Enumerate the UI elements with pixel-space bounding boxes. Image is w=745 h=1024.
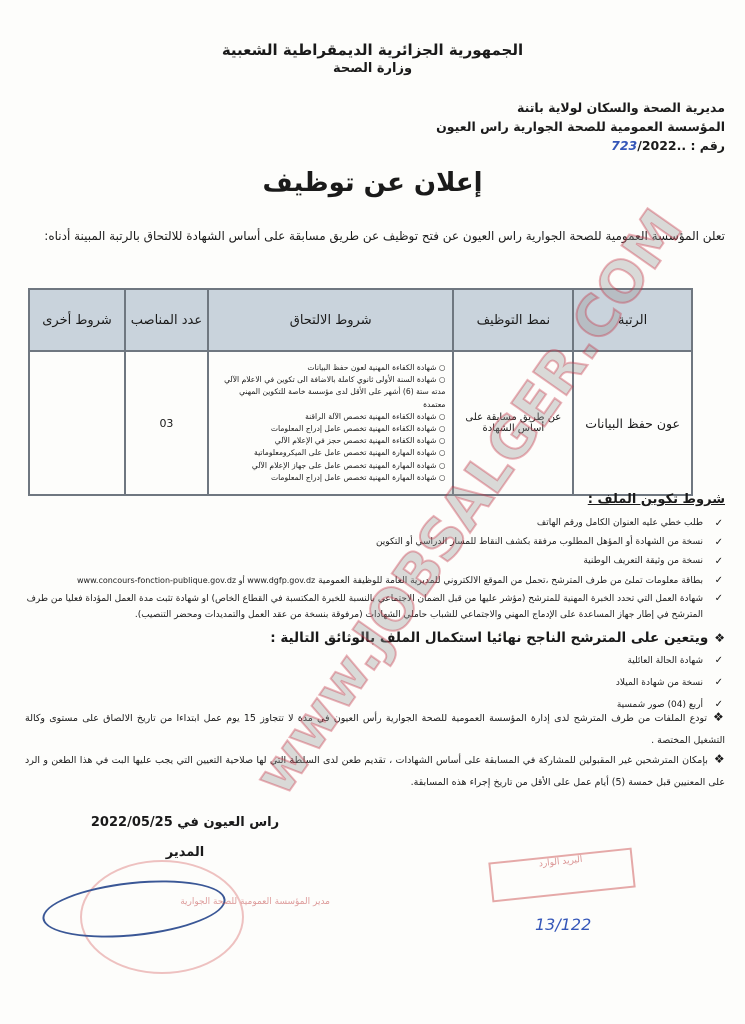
republic-title: الجمهورية الجزائرية الديمقراطية الشعبية <box>0 40 745 60</box>
ministry-title: وزارة الصحة <box>0 60 745 78</box>
col-positions: عدد المناصب <box>125 289 208 351</box>
diamond-bullet-icon: ❖ <box>714 631 725 645</box>
table-row: عون حفظ البيانات عن طريق مسابقة على أساس… <box>29 351 692 495</box>
cell-other <box>29 351 125 495</box>
list-item: طلب خطي عليه العنوان الكامل ورقم الهاتف <box>25 514 725 533</box>
condition-item: شهادة الكفاءة المهنية لعون حفظ البيانات <box>216 362 446 374</box>
conditions-list: شهادة الكفاءة المهنية لعون حفظ البيانات … <box>210 360 452 486</box>
signature-block: راس العيون في 2022/05/25 المدير <box>70 808 300 868</box>
condition-item: شهادة الكفاءة المهنية تخصص حجز في الإعلا… <box>216 435 446 447</box>
list-item: شهادة الحالة العائلية <box>25 650 725 672</box>
ref-year: /2022 <box>637 138 676 153</box>
cell-grade: عون حفظ البيانات <box>573 351 692 495</box>
list-item: بطاقة معلومات تملئ من طرف المترشح ،تحمل … <box>25 571 725 591</box>
cell-mode: عن طريق مسابقة على أساس الشهادة <box>453 351 573 495</box>
ref-handwritten-number: 723 <box>611 138 637 153</box>
condition-item: شهادة المهارة المهنية تخصص عامل إدراج ال… <box>216 472 446 484</box>
col-grade: الرتبة <box>573 289 692 351</box>
info-card-text: بطاقة معلومات تملئ من طرف المترشح ،تحمل … <box>318 576 703 586</box>
registry-handwritten-number: 13/122 <box>535 915 591 934</box>
diamond-bullet-icon: ❖ <box>713 710 725 724</box>
file-requirements-list: طلب خطي عليه العنوان الكامل ورقم الهاتف … <box>25 514 725 623</box>
list-item: نسخة من وثيقة التعريف الوطنية <box>25 552 725 571</box>
condition-item: شهادة المهارة المهنية تخصص عامل على جهاز… <box>216 460 446 472</box>
director-stamp-text: مدير المؤسسة العمومية للصحة الجوارية <box>150 895 330 909</box>
col-mode: نمط التوظيف <box>453 289 573 351</box>
issuer-directorate: مديرية الصحة والسكان لولاية باتنة <box>405 98 725 117</box>
condition-item: شهادة الكفاءة المهنية تخصص عامل إدراج ال… <box>216 423 446 435</box>
table-header-row: الرتبة نمط التوظيف شروط الالتحاق عدد الم… <box>29 289 692 351</box>
list-item: نسخة من الشهادة أو المؤهل المطلوب مرفقة … <box>25 533 725 552</box>
list-item: شهادة العمل التي تحدد الخبرة المهنية للم… <box>25 591 725 623</box>
place-date: راس العيون في 2022/05/25 <box>70 808 300 838</box>
positions-table: الرتبة نمط التوظيف شروط الالتحاق عدد الم… <box>28 288 693 496</box>
condition-item: شهادة الكفاءة المهنية تخصص الآلة الراقنة <box>216 411 446 423</box>
deposit-note-text: تودع الملفات من طرف المترشح لدى إدارة ال… <box>25 713 725 746</box>
intro-paragraph: تعلن المؤسسة العمومية للصحة الجوارية راس… <box>25 222 725 250</box>
final-docs-title-text: ويتعين على المترشح الناجح نهائيا استكمال… <box>270 630 708 646</box>
appeal-note-text: بإمكان المترشحين غير المقبولين للمشاركة … <box>25 755 725 788</box>
final-docs-title: ❖ويتعين على المترشح الناجح نهائيا استكما… <box>25 630 725 646</box>
reference-number: رقم : ..723/2022 <box>405 136 725 155</box>
cell-conditions: شهادة الكفاءة المهنية لعون حفظ البيانات … <box>208 351 454 495</box>
diamond-bullet-icon: ❖ <box>714 752 725 766</box>
file-section-title: شروط تكوين الملف : <box>588 492 725 507</box>
document-header: الجمهورية الجزائرية الديمقراطية الشعبية … <box>0 40 745 78</box>
cell-positions: 03 <box>125 351 208 495</box>
deposit-note: ❖تودع الملفات من طرف المترشح لدى إدارة ا… <box>25 706 725 752</box>
issuer-institution: المؤسسة العمومية للصحة الجوارية راس العي… <box>405 117 725 136</box>
col-other: شروط أخرى <box>29 289 125 351</box>
ref-label: رقم : .. <box>677 138 725 153</box>
appeal-note: ❖بإمكان المترشحين غير المقبولين للمشاركة… <box>25 748 725 794</box>
col-conditions: شروط الالتحاق <box>208 289 454 351</box>
issuer-block: مديرية الصحة والسكان لولاية باتنة المؤسس… <box>405 98 725 155</box>
registry-stamp: البريد الوارد <box>488 848 635 903</box>
website-links[interactable]: www.concours-fonction-publique.gov.dz أو… <box>77 576 315 585</box>
condition-item: شهادة السنة الأولى ثانوي كاملة بالاضافة … <box>216 374 446 411</box>
list-item: نسخة من شهادة الميلاد <box>25 672 725 694</box>
page-title: إعلان عن توظيف <box>0 168 745 198</box>
condition-item: شهادة المهارة المهنية تخصص عامل على المي… <box>216 447 446 459</box>
